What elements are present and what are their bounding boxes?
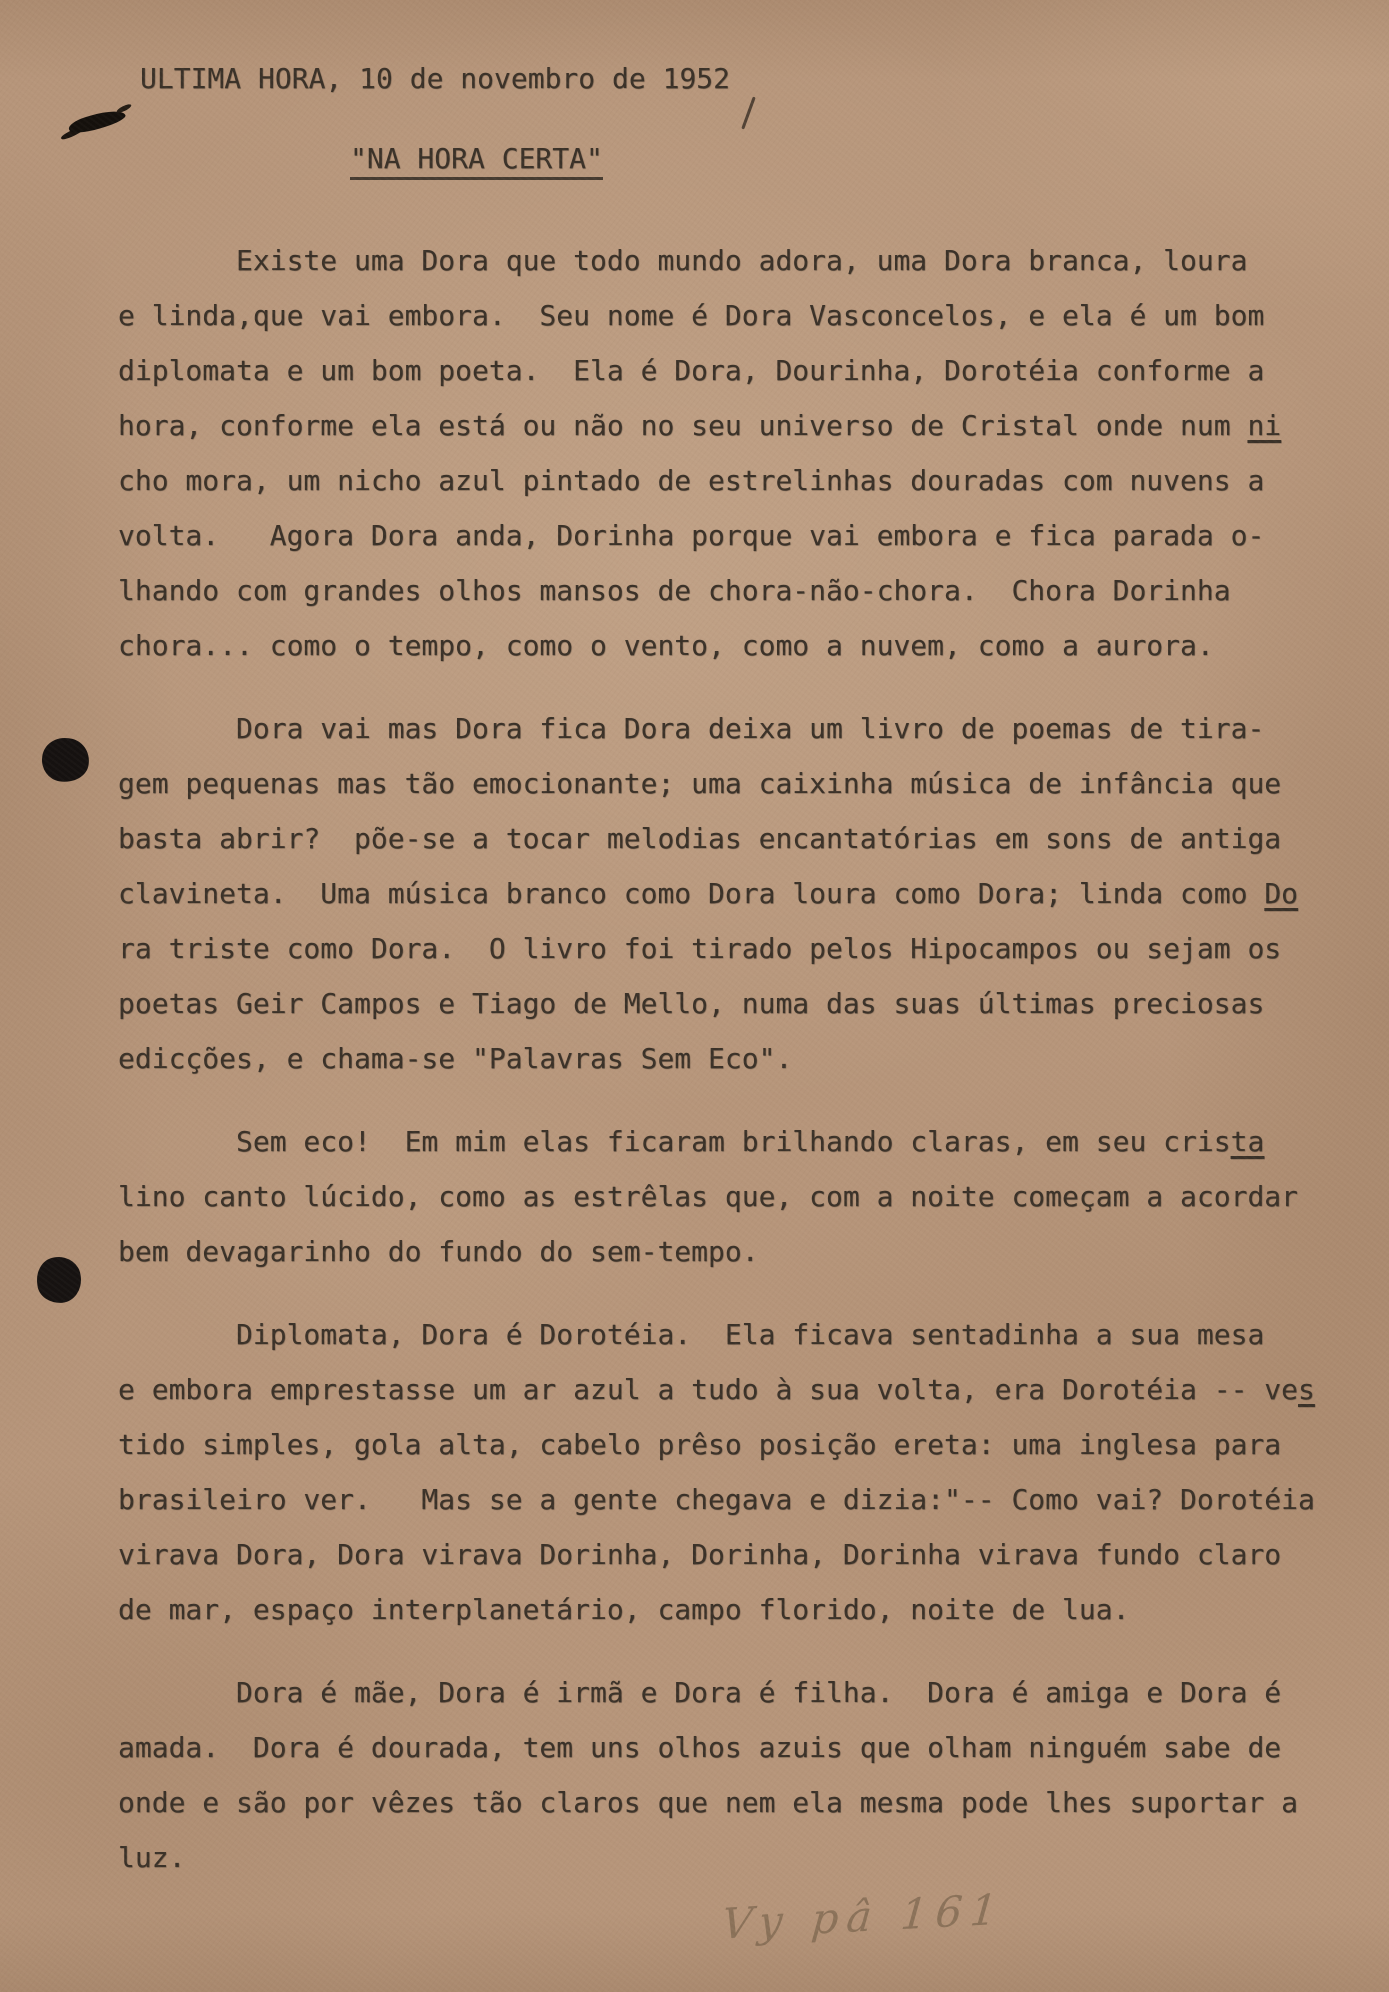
- ink-smudge-blob: [67, 106, 127, 137]
- text-line: poetas Geir Campos e Tiago de Mello, num…: [118, 976, 1358, 1031]
- paragraph: Dora vai mas Dora fica Dora deixa um liv…: [118, 701, 1358, 1086]
- paragraph: Sem eco! Em mim elas ficaram brilhando c…: [118, 1114, 1358, 1279]
- underlined-text-segment: s: [1298, 1373, 1315, 1406]
- text-line: bem devagarinho do fundo do sem-tempo.: [118, 1224, 1358, 1279]
- text-line: luz.: [118, 1830, 1358, 1885]
- text-line: basta abrir? põe-se a tocar melodias enc…: [118, 811, 1358, 866]
- ink-blot-mark-1: [39, 735, 92, 785]
- text-segment: Existe uma Dora que todo mundo adora, um…: [118, 244, 1247, 277]
- text-segment: onde e são por vêzes tão claros que nem …: [118, 1786, 1298, 1819]
- text-segment: lhando com grandes olhos mansos de chora…: [118, 574, 1231, 607]
- text-line: diplomata e um bom poeta. Ela é Dora, Do…: [118, 343, 1358, 398]
- page-title: "NA HORA CERTA": [350, 142, 603, 175]
- text-segment: clavineta. Uma música branco como Dora l…: [118, 877, 1264, 910]
- text-segment: edicções, e chama-se "Palavras Sem Eco".: [118, 1042, 792, 1075]
- text-segment: de mar, espaço interplanetário, campo fl…: [118, 1593, 1129, 1626]
- text-line: lhando com grandes olhos mansos de chora…: [118, 563, 1358, 618]
- text-segment: hora, conforme ela está ou não no seu un…: [118, 409, 1247, 442]
- document-page: ULTIMA HORA, 10 de novembro de 1952 "NA …: [0, 0, 1389, 1992]
- text-line: virava Dora, Dora virava Dorinha, Dorinh…: [118, 1527, 1358, 1582]
- text-line: Diplomata, Dora é Dorotéia. Ela ficava s…: [118, 1307, 1358, 1362]
- paragraph: Diplomata, Dora é Dorotéia. Ela ficava s…: [118, 1307, 1358, 1637]
- underlined-text-segment: ni: [1247, 409, 1281, 442]
- text-segment: e linda,que vai embora. Seu nome é Dora …: [118, 299, 1264, 332]
- underlined-text-segment: Do: [1264, 877, 1298, 910]
- ink-smudge: [66, 104, 130, 144]
- text-line: brasileiro ver. Mas se a gente chegava e…: [118, 1472, 1358, 1527]
- text-segment: tido simples, gola alta, cabelo prêso po…: [118, 1428, 1281, 1461]
- text-segment: cho mora, um nicho azul pintado de estre…: [118, 464, 1264, 497]
- paragraph: Dora é mãe, Dora é irmã e Dora é filha. …: [118, 1665, 1358, 1885]
- text-segment: poetas Geir Campos e Tiago de Mello, num…: [118, 987, 1264, 1020]
- text-segment: lino canto lúcido, como as estrêlas que,…: [118, 1180, 1298, 1213]
- text-line: lino canto lúcido, como as estrêlas que,…: [118, 1169, 1358, 1224]
- text-segment: brasileiro ver. Mas se a gente chegava e…: [118, 1483, 1315, 1516]
- text-segment: luz.: [118, 1841, 185, 1874]
- text-line: gem pequenas mas tão emocionante; uma ca…: [118, 756, 1358, 811]
- ink-blot-mark-2: [35, 1255, 84, 1305]
- text-segment: basta abrir? põe-se a tocar melodias enc…: [118, 822, 1281, 855]
- paragraph: Existe uma Dora que todo mundo adora, um…: [118, 233, 1358, 673]
- text-line: chora... como o tempo, como o vento, com…: [118, 618, 1358, 673]
- text-line: Existe uma Dora que todo mundo adora, um…: [118, 233, 1358, 288]
- text-line: e embora emprestasse um ar azul a tudo à…: [118, 1362, 1358, 1417]
- text-line: cho mora, um nicho azul pintado de estre…: [118, 453, 1358, 508]
- text-line: Dora é mãe, Dora é irmã e Dora é filha. …: [118, 1665, 1358, 1720]
- text-line: volta. Agora Dora anda, Dorinha porque v…: [118, 508, 1358, 563]
- text-segment: e embora emprestasse um ar azul a tudo à…: [118, 1373, 1298, 1406]
- pen-stroke-mark: [741, 97, 755, 130]
- text-segment: amada. Dora é dourada, tem uns olhos azu…: [118, 1731, 1281, 1764]
- text-line: Dora vai mas Dora fica Dora deixa um liv…: [118, 701, 1358, 756]
- text-segment: diplomata e um bom poeta. Ela é Dora, Do…: [118, 354, 1264, 387]
- text-segment: ra triste como Dora. O livro foi tirado …: [118, 932, 1281, 965]
- text-line: amada. Dora é dourada, tem uns olhos azu…: [118, 1720, 1358, 1775]
- text-segment: virava Dora, Dora virava Dorinha, Dorinh…: [118, 1538, 1281, 1571]
- text-segment: chora... como o tempo, como o vento, com…: [118, 629, 1214, 662]
- text-line: Sem eco! Em mim elas ficaram brilhando c…: [118, 1114, 1358, 1169]
- ink-smudge-tail: [60, 125, 86, 141]
- text-line: edicções, e chama-se "Palavras Sem Eco".: [118, 1031, 1358, 1086]
- page-title-text: "NA HORA CERTA": [350, 142, 603, 180]
- text-segment: volta. Agora Dora anda, Dorinha porque v…: [118, 519, 1264, 552]
- text-segment: bem devagarinho do fundo do sem-tempo.: [118, 1235, 759, 1268]
- text-line: ra triste como Dora. O livro foi tirado …: [118, 921, 1358, 976]
- text-segment: Dora é mãe, Dora é irmã e Dora é filha. …: [118, 1676, 1281, 1709]
- text-line: de mar, espaço interplanetário, campo fl…: [118, 1582, 1358, 1637]
- text-line: e linda,que vai embora. Seu nome é Dora …: [118, 288, 1358, 343]
- text-segment: gem pequenas mas tão emocionante; uma ca…: [118, 767, 1281, 800]
- underlined-text-segment: ta: [1231, 1125, 1265, 1158]
- dateline: ULTIMA HORA, 10 de novembro de 1952: [140, 62, 730, 95]
- text-segment: Dora vai mas Dora fica Dora deixa um liv…: [118, 712, 1264, 745]
- text-line: tido simples, gola alta, cabelo prêso po…: [118, 1417, 1358, 1472]
- text-segment: Diplomata, Dora é Dorotéia. Ela ficava s…: [118, 1318, 1264, 1351]
- ink-smudge-tip: [116, 103, 133, 115]
- text-line: onde e são por vêzes tão claros que nem …: [118, 1775, 1358, 1830]
- text-line: hora, conforme ela está ou não no seu un…: [118, 398, 1358, 453]
- text-line: clavineta. Uma música branco como Dora l…: [118, 866, 1358, 921]
- document-body: Existe uma Dora que todo mundo adora, um…: [118, 233, 1358, 1913]
- text-segment: Sem eco! Em mim elas ficaram brilhando c…: [118, 1125, 1231, 1158]
